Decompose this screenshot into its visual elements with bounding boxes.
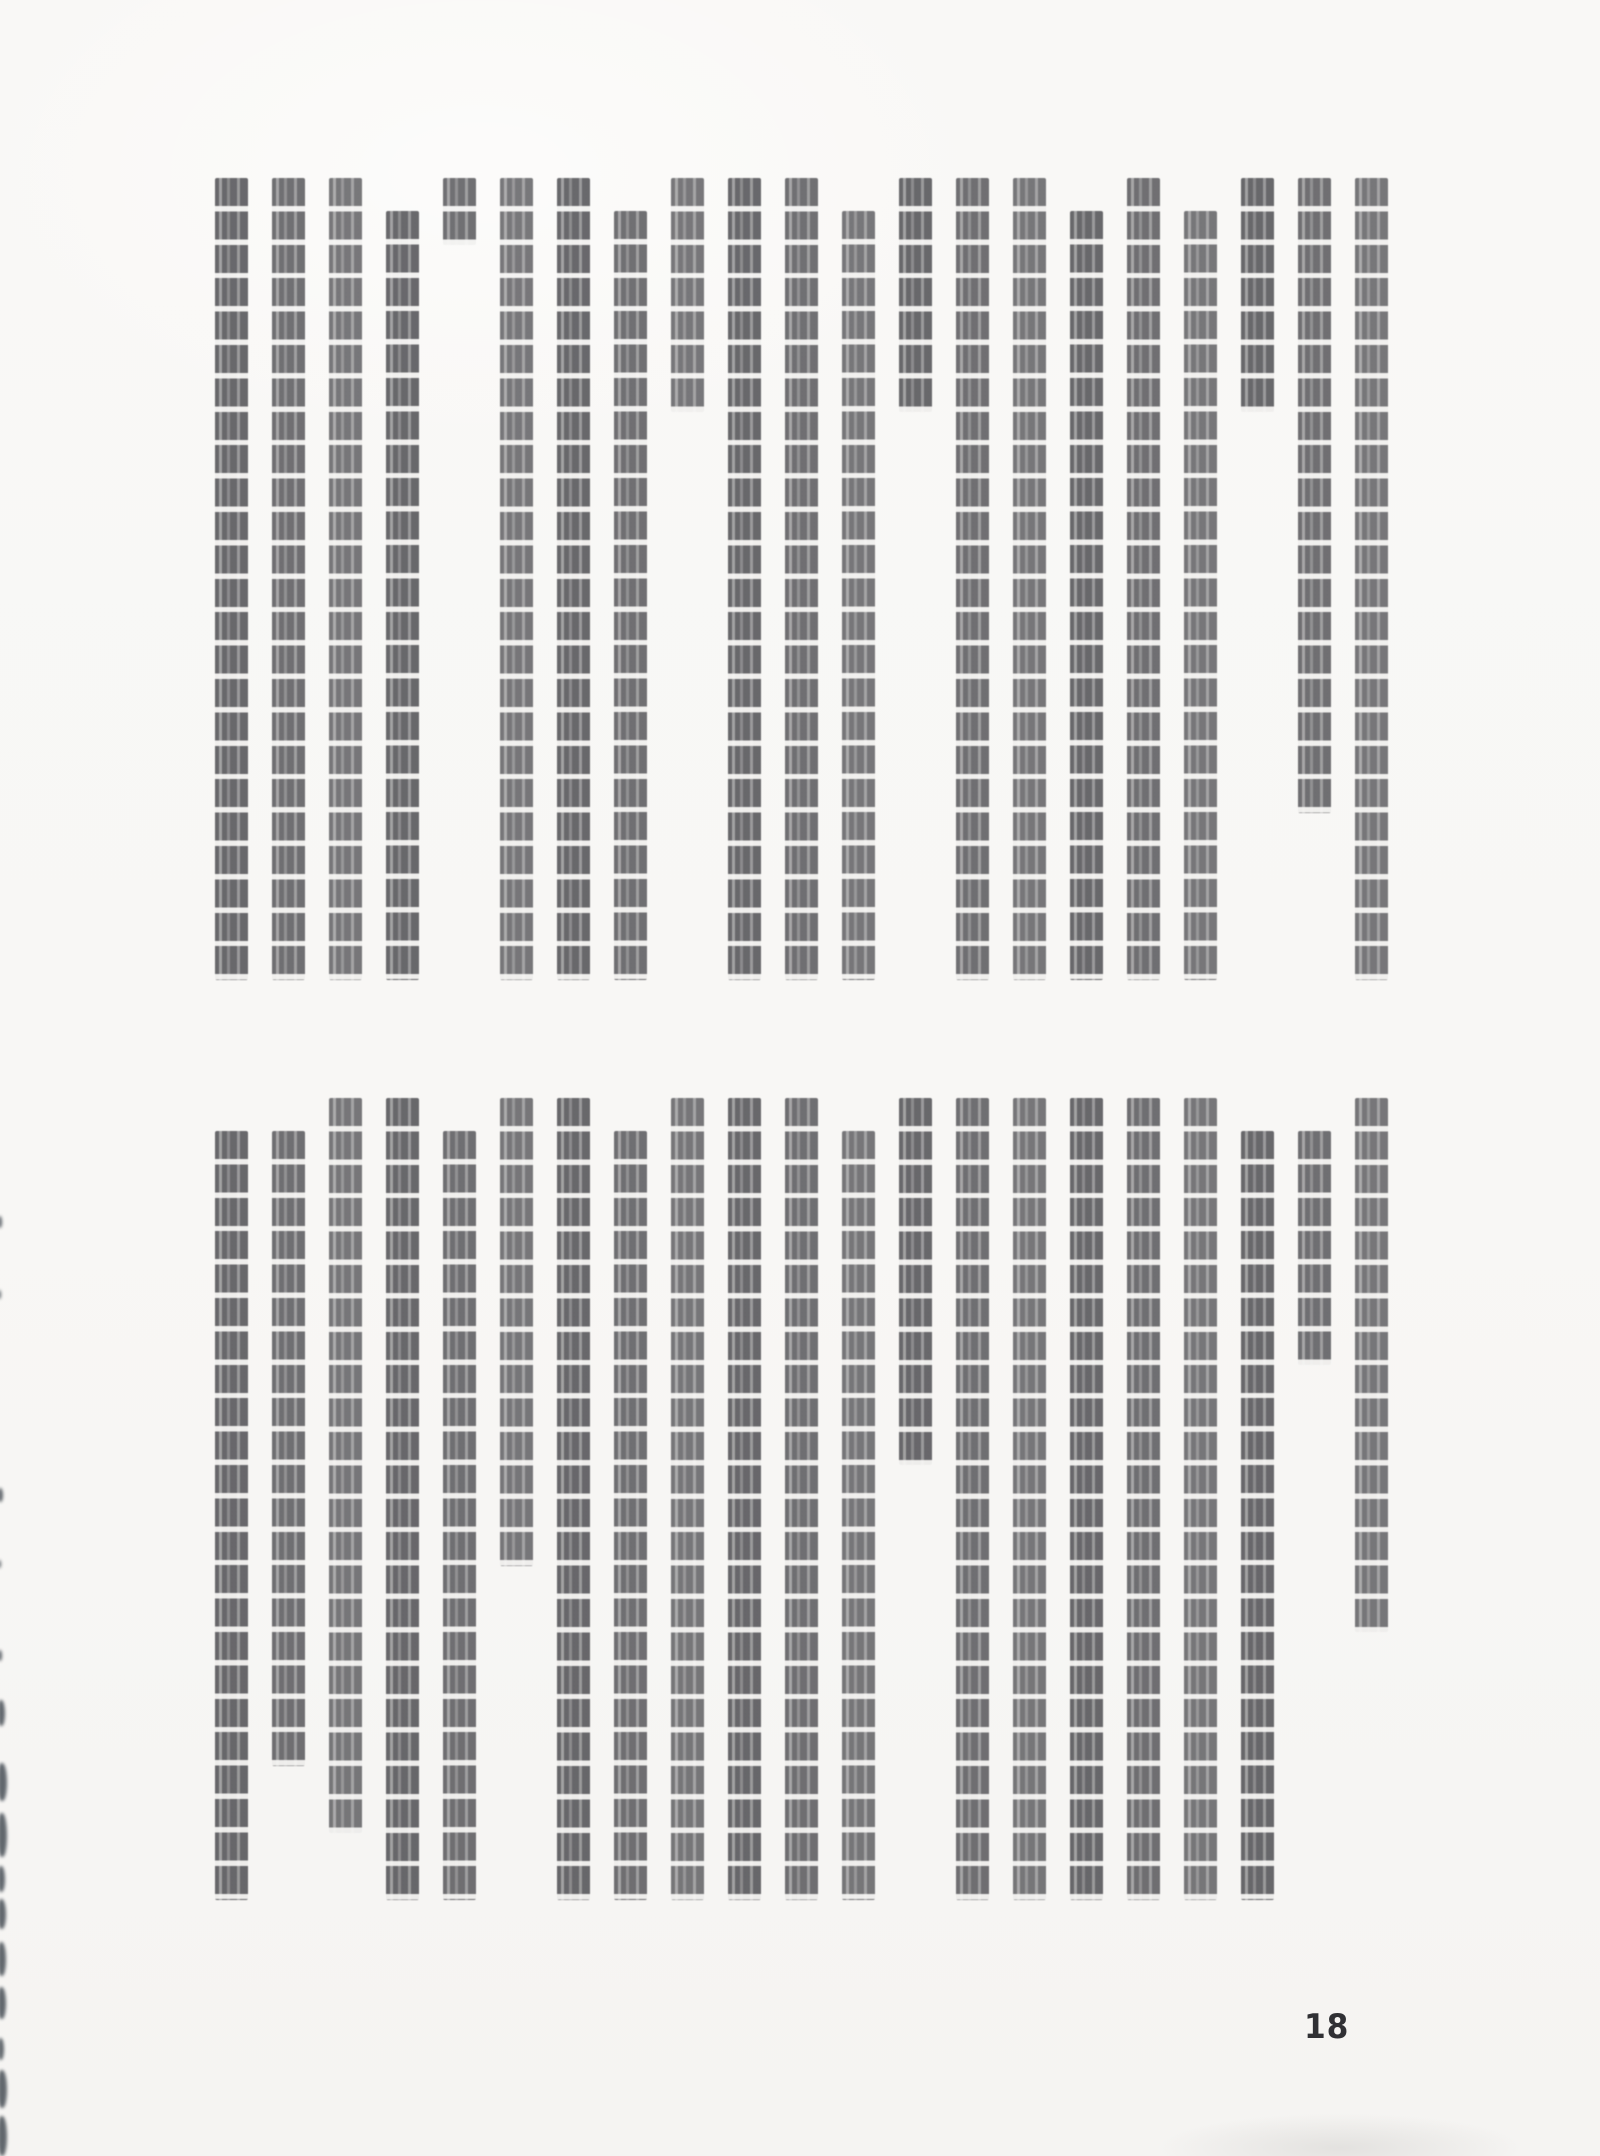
binding-shadow-blob <box>0 2070 7 2108</box>
binding-shadow-blob <box>0 1866 5 1892</box>
redacted-text-column <box>1127 178 1160 980</box>
scanned-page: 18 <box>0 0 1600 2156</box>
binding-shadow-blob <box>0 1700 5 1726</box>
redacted-text-column <box>1241 178 1274 412</box>
redacted-text-column <box>1013 178 1046 980</box>
redacted-text-column <box>1184 211 1217 979</box>
binding-shadow-blob <box>0 1987 6 2019</box>
redacted-text-column <box>671 1098 704 1900</box>
binding-shadow-blob <box>0 1813 7 1857</box>
binding-shadow-blob <box>0 1763 7 1801</box>
redacted-text-column <box>728 178 761 980</box>
redacted-text-column <box>215 178 248 980</box>
redacted-text-column <box>386 211 419 979</box>
binding-shadow-blob <box>0 1942 6 1976</box>
redacted-text-column <box>899 1098 932 1465</box>
binding-shadow-blob <box>0 2038 4 2060</box>
redacted-text-column <box>557 178 590 980</box>
redacted-text-column <box>329 178 362 980</box>
binding-shadow-blob <box>0 1216 2 1228</box>
redacted-text-column <box>785 1098 818 1900</box>
binding-shadow-blob <box>0 2116 7 2156</box>
redacted-text-column <box>1070 1098 1103 1900</box>
redacted-text-column <box>215 1131 248 1899</box>
redacted-text-column <box>614 211 647 979</box>
page-number: 18 <box>1304 2010 1349 2044</box>
text-block-bottom <box>215 1098 1388 1900</box>
redacted-text-column <box>842 211 875 979</box>
redacted-text-column <box>1355 178 1388 980</box>
redacted-text-column <box>443 1131 476 1899</box>
binding-shadow-blob <box>0 1488 3 1502</box>
redacted-text-column <box>728 1098 761 1900</box>
redacted-text-column <box>272 178 305 980</box>
redacted-text-column <box>500 1098 533 1566</box>
redacted-text-column <box>1298 178 1331 813</box>
binding-shadow-blob <box>0 1899 6 1929</box>
binding-shadow-blob <box>0 1650 2 1661</box>
redacted-text-column <box>1127 1098 1160 1900</box>
redacted-text-column <box>671 178 704 412</box>
text-block-top <box>215 178 1388 980</box>
redacted-text-column <box>785 178 818 980</box>
binding-shadow-blob <box>0 1560 1 1568</box>
redacted-text-column <box>956 178 989 980</box>
redacted-text-column <box>1241 1131 1274 1899</box>
redacted-text-column <box>329 1098 362 1833</box>
redacted-text-column <box>386 1098 419 1900</box>
redacted-text-column <box>842 1131 875 1899</box>
redacted-text-column <box>956 1098 989 1900</box>
redacted-text-column <box>272 1131 305 1766</box>
redacted-text-column <box>614 1131 647 1899</box>
redacted-text-column <box>899 178 932 412</box>
redacted-text-column <box>1298 1131 1331 1365</box>
redacted-text-column <box>500 178 533 980</box>
redacted-text-column <box>1184 1098 1217 1900</box>
redacted-text-column <box>1355 1098 1388 1632</box>
redacted-text-column <box>1013 1098 1046 1900</box>
redacted-text-column <box>557 1098 590 1900</box>
binding-shadow-blob <box>0 1290 1 1299</box>
redacted-text-column <box>1070 211 1103 979</box>
redacted-text-column <box>443 178 476 245</box>
